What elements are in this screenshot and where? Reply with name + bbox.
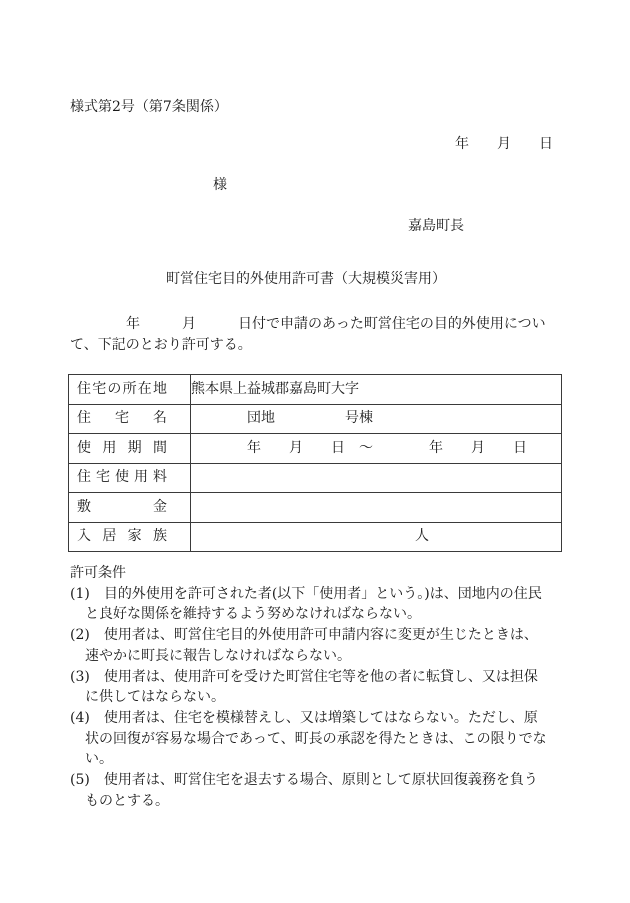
housing-info-table: 住宅の所在地 熊本県上益城郡嘉島町大字 住宅名 団地 号棟 使用期間 年 月 日…	[68, 374, 562, 552]
document-title: 町営住宅目的外使用許可書（大規模災害用）	[70, 269, 542, 290]
row-label-usage-fee: 住宅使用料	[77, 467, 167, 488]
row-label-location: 住宅の所在地	[77, 379, 167, 400]
intro-paragraph: 年 月 日付で申請のあった町営住宅の目的外使用につい て、下記のとおり許可する。	[70, 314, 572, 356]
issuer-name: 嘉島町長	[408, 216, 464, 237]
row-label-deposit: 敷金	[77, 497, 167, 518]
document-page: 様式第2号（第7条関係） 年 月 日 様 嘉島町長 町営住宅目的外使用許可書（大…	[0, 0, 630, 903]
condition-item-1: (1) 目的外使用を許可された者(以下「使用者」という。)は、団地内の住民 と良…	[70, 584, 572, 625]
row-value-use-period: 年 月 日 ～ 年 月 日	[191, 434, 562, 464]
row-value-housing-name: 団地 号棟	[191, 404, 562, 434]
condition-item-3: (3) 使用者は、使用許可を受けた町営住宅等を他の者に転貸し、又は担保 に供して…	[70, 667, 572, 708]
issue-date-line: 年 月 日	[70, 134, 562, 155]
conditions-section: 許可条件 (1) 目的外使用を許可された者(以下「使用者」という。)は、団地内の…	[70, 563, 572, 811]
table-row-family: 入居家族 人	[69, 522, 562, 552]
table-row-housing-name: 住宅名 団地 号棟	[69, 404, 562, 434]
row-label-family: 入居家族	[77, 526, 167, 547]
row-value-family: 人	[191, 522, 562, 552]
row-value-location: 熊本県上益城郡嘉島町大字	[191, 375, 562, 405]
form-number: 様式第2号（第7条関係）	[70, 97, 228, 118]
conditions-heading: 許可条件	[70, 563, 572, 584]
condition-item-5: (5) 使用者は、町営住宅を退去する場合、原則として原状回復義務を負う ものとす…	[70, 770, 572, 811]
row-label-use-period: 使用期間	[77, 438, 167, 459]
condition-item-2: (2) 使用者は、町営住宅目的外使用許可申請内容に変更が生じたときは、 速やかに…	[70, 625, 572, 666]
addressee-honorific: 様	[213, 175, 227, 196]
table-row-use-period: 使用期間 年 月 日 ～ 年 月 日	[69, 434, 562, 464]
row-value-usage-fee	[191, 463, 562, 493]
row-label-housing-name: 住宅名	[77, 408, 167, 429]
condition-item-4: (4) 使用者は、住宅を模様替えし、又は増築してはならない。ただし、原 状の回復…	[70, 708, 572, 770]
row-value-deposit	[191, 493, 562, 523]
table-row-deposit: 敷金	[69, 493, 562, 523]
table-row-location: 住宅の所在地 熊本県上益城郡嘉島町大字	[69, 375, 562, 405]
table-row-usage-fee: 住宅使用料	[69, 463, 562, 493]
